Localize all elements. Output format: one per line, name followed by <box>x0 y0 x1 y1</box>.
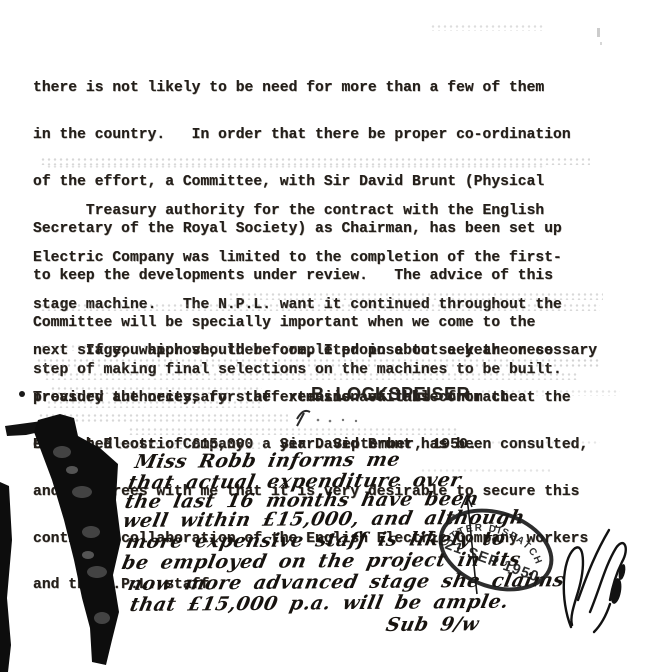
bleedthrough-noise <box>40 303 600 311</box>
typed-line: there is not likely to be need for more … <box>33 81 571 96</box>
ink-dot <box>19 391 25 397</box>
bleedthrough-noise <box>40 344 340 351</box>
typed-line: Treasury authority for the contract with… <box>33 204 588 219</box>
handwritten-line: that £15,000 p.a. will be ample. <box>128 591 511 616</box>
bleedthrough-noise <box>44 372 579 380</box>
handwritten-sign-off: Sub 9/w <box>384 613 481 636</box>
bleedthrough-noise <box>480 389 620 396</box>
left-edge-tear <box>0 482 12 672</box>
bleedthrough-noise <box>228 292 603 300</box>
bleedthrough-noise <box>46 164 546 170</box>
bleedthrough-noise <box>36 358 601 367</box>
bleedthrough-noise <box>46 400 264 408</box>
typed-line: in the country. In order that there be p… <box>33 128 571 143</box>
typed-line: Electric Company was limited to the comp… <box>33 251 588 266</box>
bleedthrough-noise <box>430 24 545 31</box>
signature-ink-blob <box>609 564 627 605</box>
bleedthrough-noise <box>490 440 600 446</box>
bleedthrough-noise <box>128 427 458 435</box>
signature-name: B. LOCKSPEISER <box>311 384 470 405</box>
paper-speck <box>600 42 602 45</box>
scanned-memo-page: there is not likely to be need for more … <box>0 0 650 672</box>
bleedthrough-noise <box>50 386 262 394</box>
paper-speck <box>597 28 600 37</box>
bleedthrough-noise <box>118 441 268 449</box>
bleedthrough-noise <box>38 413 288 422</box>
